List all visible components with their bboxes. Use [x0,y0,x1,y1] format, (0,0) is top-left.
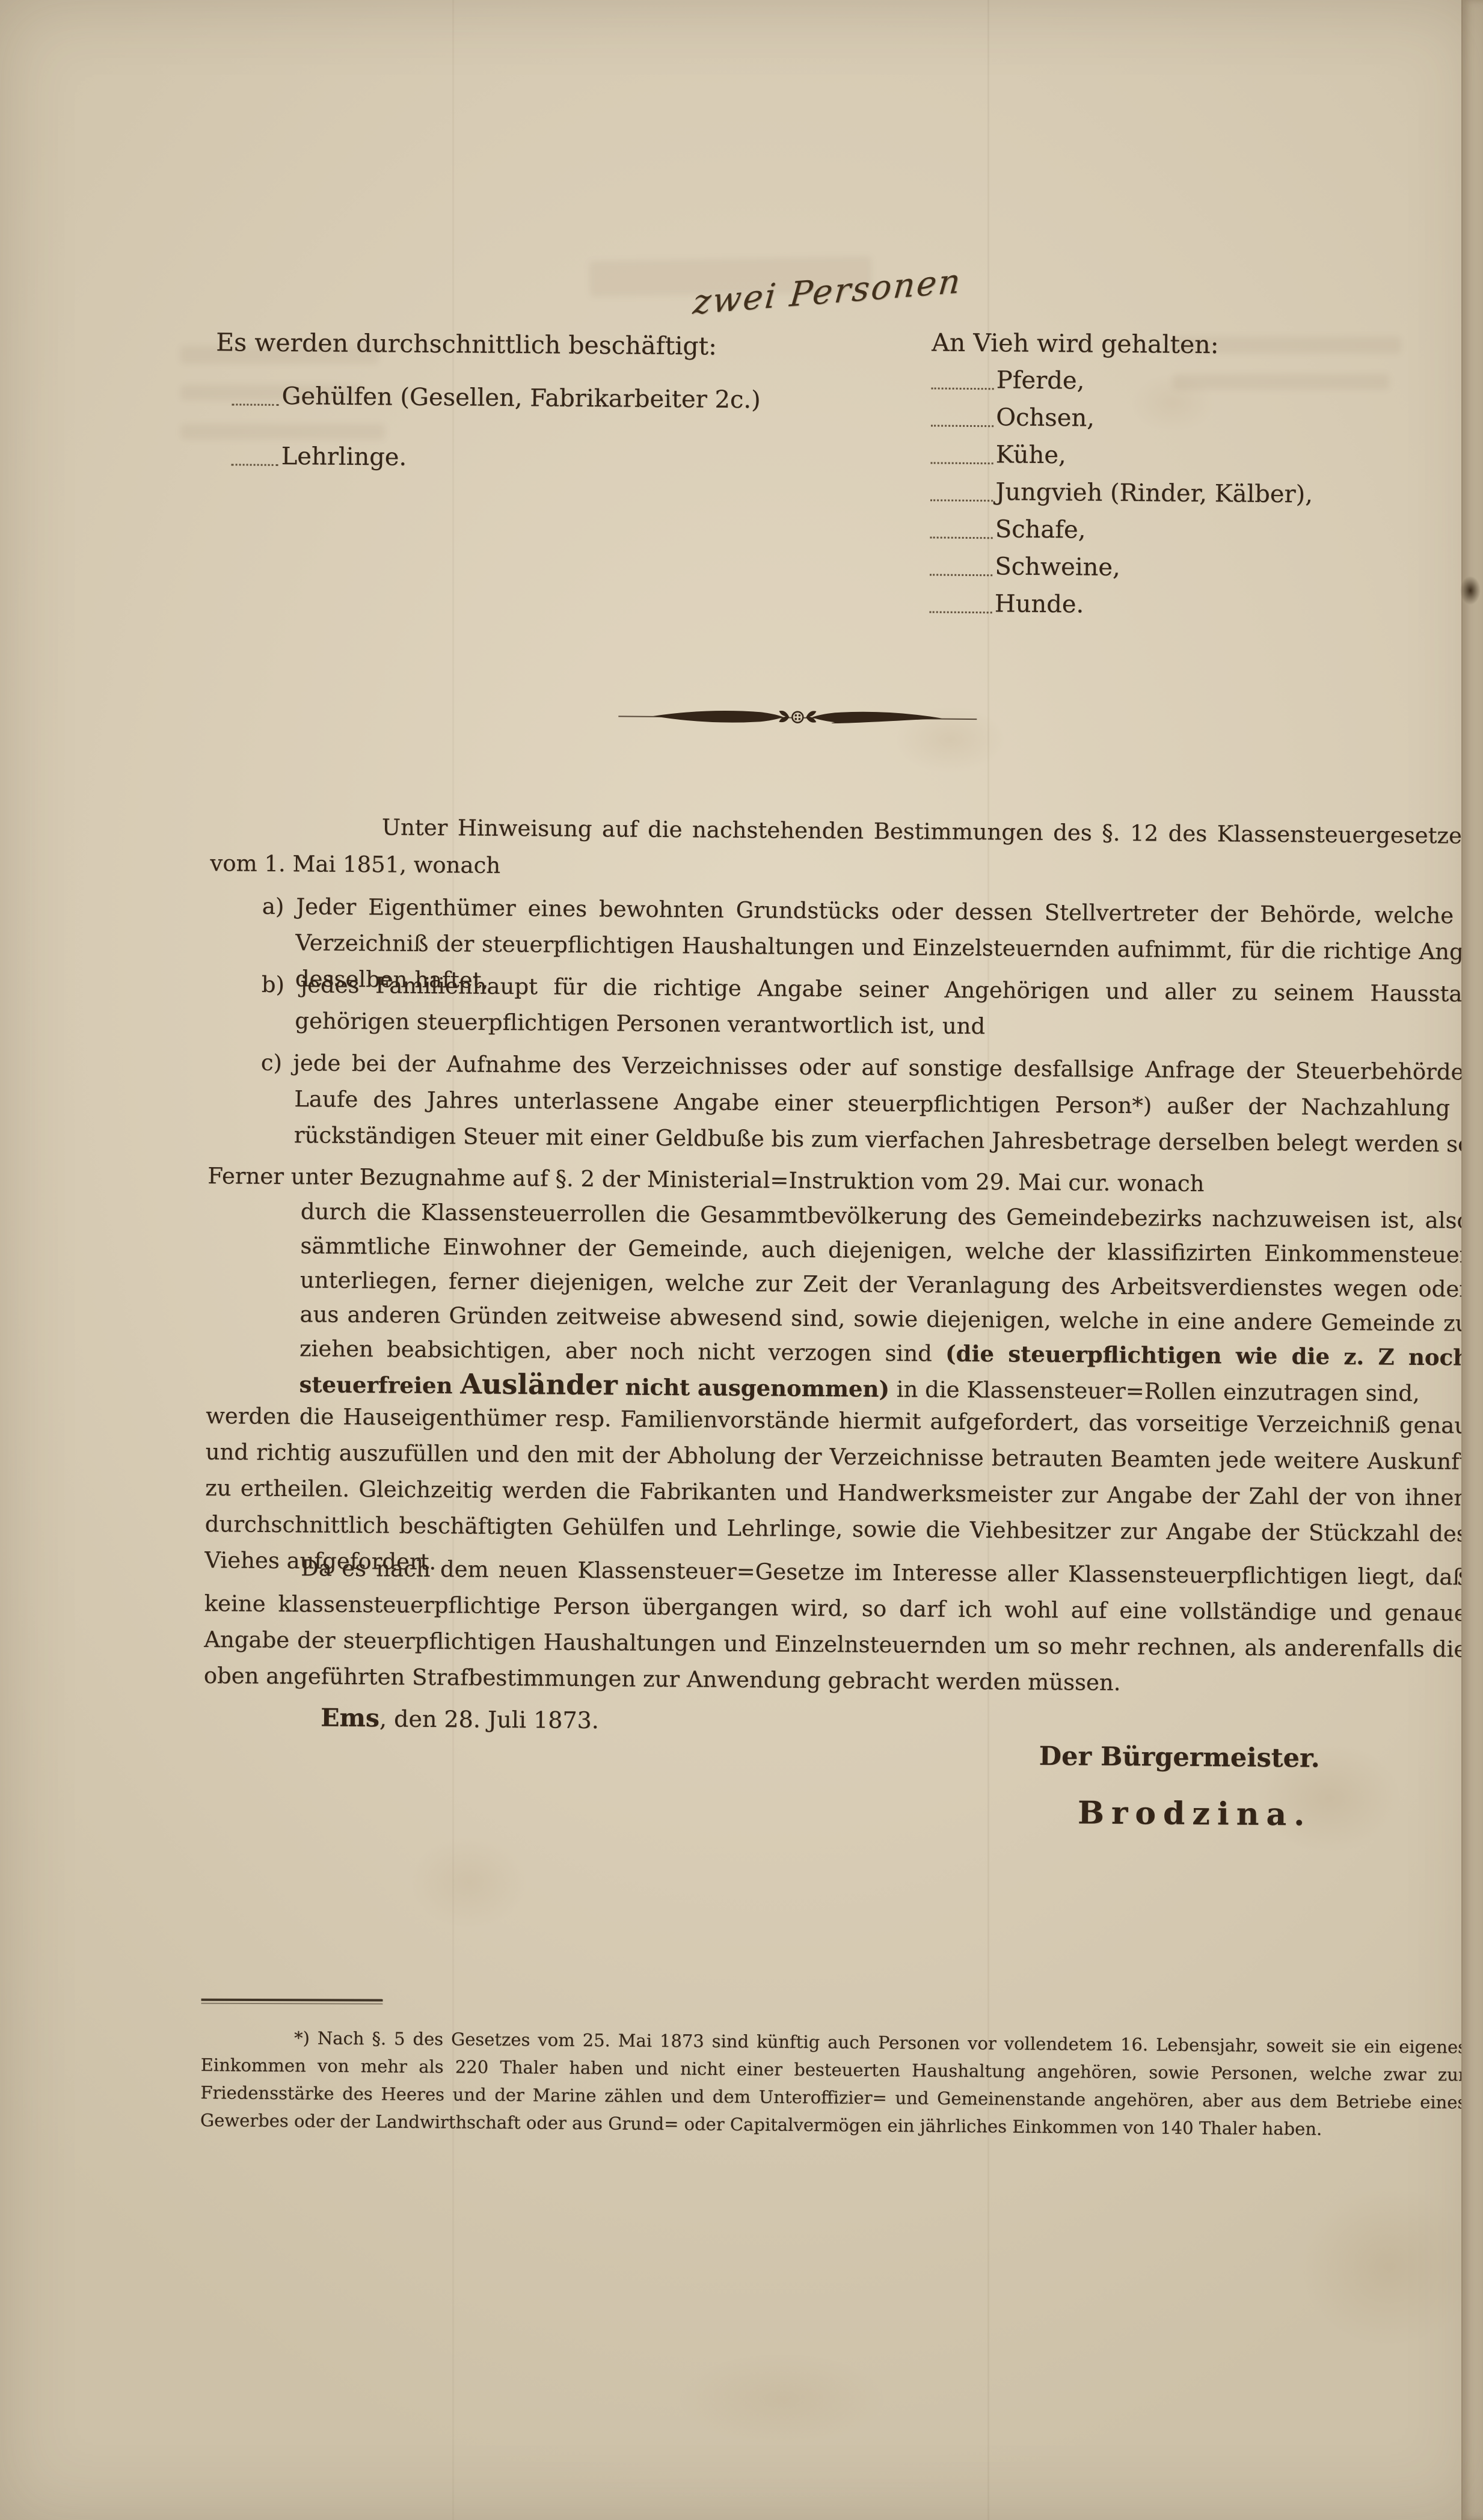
paper-stain [1113,361,1233,445]
livestock-row-label: Hunde. [995,590,1084,618]
footnote-text: Nach §. 5 des Gesetzes vom 25. Mai 1873 … [200,2028,1467,2139]
signature-name: Brodzina. [1078,1794,1312,1833]
livestock-row-label: Jungvieh (Rinder, Kälber), [995,478,1313,508]
livestock-row: Pferde, [932,362,1085,394]
fill-in-line [930,499,993,501]
paper-stain [385,1816,553,1948]
footnote: *) Nach §. 5 des Gesetzes vom 25. Mai 18… [200,2023,1467,2144]
fill-in-line [931,462,993,464]
fill-in-line [930,536,993,539]
clause-text: jede bei der Aufnahme des Verzeichnisses… [293,1050,1483,1157]
bleedthrough-ghost [180,424,385,440]
fill-in-line [930,611,992,613]
roll-clause-emphasis: Ausländer [460,1367,618,1401]
clause-marker: b) [262,972,284,998]
roll-clause-block: durch die Klassensteuerrollen die Gesamm… [299,1194,1470,1411]
livestock-row: Schweine, [930,548,1120,581]
dateline-place: Ems [321,1703,379,1733]
employment-row: Gehülfen (Gesellen, Fabrikarbeiter 2c.) [232,382,761,414]
page-edge [1461,0,1483,2520]
livestock-row: Jungvieh (Rinder, Kälber), [930,474,1313,508]
livestock-row-label: Ochsen, [996,403,1095,432]
fill-in-line [232,403,278,406]
roll-clause-bold: nicht ausgenommen) [618,1373,890,1402]
employment-row-label: Lehrlinge. [281,443,407,471]
clause-item-b: b) jedes Familienhaupt für die richtige … [261,967,1483,1049]
livestock-row-label: Schafe, [995,515,1086,544]
fill-in-line [930,574,992,576]
fill-in-line [232,464,278,466]
paper-stain [1263,2153,1483,2381]
livestock-row-label: Schweine, [995,553,1120,581]
livestock-row: Kühe, [931,437,1066,469]
fill-in-line [931,425,993,427]
fill-in-line [932,387,994,390]
roll-clause-before: durch die Klassensteuerrollen die Gesamm… [299,1198,1470,1366]
clause-text: jedes Familienhaupt für die richtige Ang… [295,972,1483,1039]
clause-marker: a) [262,894,284,919]
dateline: Ems, den 28. Juli 1873. [321,1703,599,1735]
employment-row: Lehrlinge. [232,442,407,471]
footnote-marker: *) [294,2028,310,2048]
livestock-row: Hunde. [930,586,1084,618]
ornamental-divider [617,702,978,732]
livestock-row: Ochsen, [931,399,1095,432]
document-scan: Es werden durchschnittlich beschäftigt: … [0,0,1483,2520]
employment-row-label: Gehülfen (Gesellen, Fabrikarbeiter 2c.) [281,382,761,414]
signature-title: Der Bürgermeister. [1039,1741,1320,1774]
intro-paragraph: Unter Hinweisung auf die nachstehenden B… [210,808,1473,892]
livestock-row-label: Pferde, [996,366,1085,394]
footnote-rule [201,1999,383,2005]
livestock-row: Schafe, [930,511,1086,544]
schluss-paragraph: Da es nach dem neuen Klassensteuer=Geset… [204,1550,1468,1703]
employment-heading: Es werden durchschnittlich beschäftigt: [216,328,717,361]
livestock-row-label: Kühe, [996,441,1066,469]
roll-clause-after: in die Klassensteuer=Rollen einzutragen … [889,1376,1420,1406]
livestock-heading: An Vieh wird gehalten: [932,328,1219,359]
clause-marker: c) [261,1050,283,1076]
dateline-rest: , den 28. Juli 1873. [379,1705,599,1734]
paper-stain [631,2333,932,2465]
clause-item-c: c) jede bei der Aufnahme des Verzeichnis… [260,1045,1483,1163]
